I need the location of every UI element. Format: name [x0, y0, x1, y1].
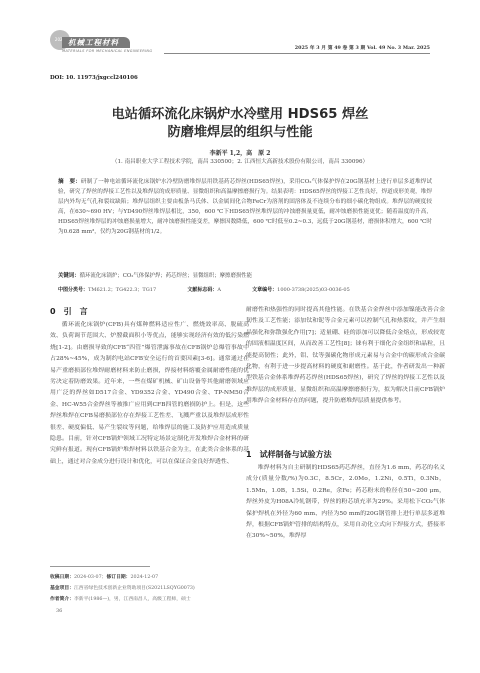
- left-column: 循环流化床锅炉(CFB)具有煤种燃料适应性广、燃烧效率高、脱硫高效、负荷调节范围…: [50, 320, 249, 558]
- section-1-heading: 1 试样制备与试验方法: [246, 449, 332, 460]
- author-bio-text: 李新平(1986—)，男，江西南昌人，高级工程师，硕士: [74, 597, 191, 602]
- received-date: 2024-03-07；: [74, 575, 106, 580]
- right-column-bottom: 堆焊材料为自主研制的HDS65药芯焊丝，直径为1.6 mm，药芯的名义成分(质量…: [246, 463, 445, 601]
- paper-title-line2: 防磨堆焊层的组织与性能: [0, 121, 480, 140]
- affiliations: （1. 南昌职业大学工程技术学院，南昌 330500；2. 江西恒大高新技术股份…: [0, 157, 480, 165]
- intro-paragraph: 循环流化床锅炉(CFB)具有煤种燃料适应性广、燃烧效率高、脱硫高效、负荷调节范围…: [50, 320, 249, 468]
- keywords: 关键词：循环流化床锅炉；CO₂气体保护焊；药芯焊丝；显微组织；摩擦磨损性能: [58, 271, 252, 279]
- issue-info: 2025 年 3 月 第 49 卷 第 3 期 Vol. 49 No. 3 Ma…: [295, 44, 430, 51]
- footnote-author: 作者简介：李新平(1986—)，男，江西南昌人，高级工程师，硕士: [50, 595, 191, 602]
- doc-code-label: 文献标志码：: [187, 287, 217, 293]
- abstract-text: 研制了一种电站循环流化床锅炉水冷壁防磨堆焊层用铁基药芯焊丝(HDS65焊丝)，采…: [58, 179, 432, 235]
- clc-label: 中图分类号：: [58, 287, 88, 293]
- fund-label: 基金项目：: [50, 586, 74, 591]
- abstract: 摘 要：研制了一种电站循环流化床锅炉水冷壁防磨堆焊层用铁基药芯焊丝(HDS65焊…: [58, 177, 432, 238]
- paper-title-line1: 电站循环流化床锅炉水冷壁用 HDS65 焊丝: [0, 103, 480, 122]
- article-no-label: 文章编号：: [252, 287, 277, 293]
- abstract-label: 摘 要：: [58, 179, 81, 185]
- revised-label: 修订日期：: [106, 575, 130, 580]
- section-0-heading: 0 引 言: [50, 306, 88, 317]
- article-no-value: 1000-3738(2025)03-0036-05: [277, 287, 350, 293]
- footnote-fund: 基金项目：江西省绿色技术创新企业资助项目(S2021LSQYG0073): [50, 584, 195, 591]
- page-number: 36: [56, 608, 62, 614]
- clc-value: TM621.2；TG422.3；TG17: [88, 287, 156, 293]
- classification-line: 中图分类号：TM621.2；TG422.3；TG17 文献标志码：A 文章编号：…: [58, 286, 432, 293]
- section-1-paragraph: 堆焊材料为自主研制的HDS65药芯焊丝，直径为1.6 mm，药芯的名义成分(质量…: [246, 463, 445, 543]
- keywords-text: 循环流化床锅炉；CO₂气体保护焊；药芯焊丝；显微组织；摩擦磨损性能: [80, 273, 252, 279]
- keywords-label: 关键词：: [58, 273, 80, 279]
- doc-code-value: A: [217, 287, 221, 293]
- header-divider: [164, 53, 430, 54]
- journal-name-en: MATERIALS FOR MECHANICAL ENGINEERING: [62, 49, 153, 53]
- footnote-dates: 收稿日期：2024-03-07；修订日期：2024-12-07: [50, 573, 158, 580]
- right-column-top: 耐磨性和热强性的同时提高其他性能。在铁基合金焊丝中添加镍能改善合金韧性及工艺性能…: [246, 305, 445, 441]
- footnote-divider: [50, 566, 150, 567]
- revised-date: 2024-12-07: [130, 575, 158, 580]
- author-bio-label: 作者简介：: [50, 597, 74, 602]
- received-label: 收稿日期：: [50, 575, 74, 580]
- authors: 李新平 1,2，高 原 2: [0, 148, 480, 157]
- intro-continuation: 耐磨性和热强性的同时提高其他性能。在铁基合金焊丝中添加镍能改善合金韧性及工艺性能…: [246, 305, 445, 408]
- journal-name-cn: 机械工程材料: [62, 37, 130, 48]
- fund-text: 江西省绿色技术创新企业资助项目(S2021LSQYG0073): [74, 586, 195, 591]
- doi: DOI: 10. 11973/jxgccl240106: [50, 75, 138, 81]
